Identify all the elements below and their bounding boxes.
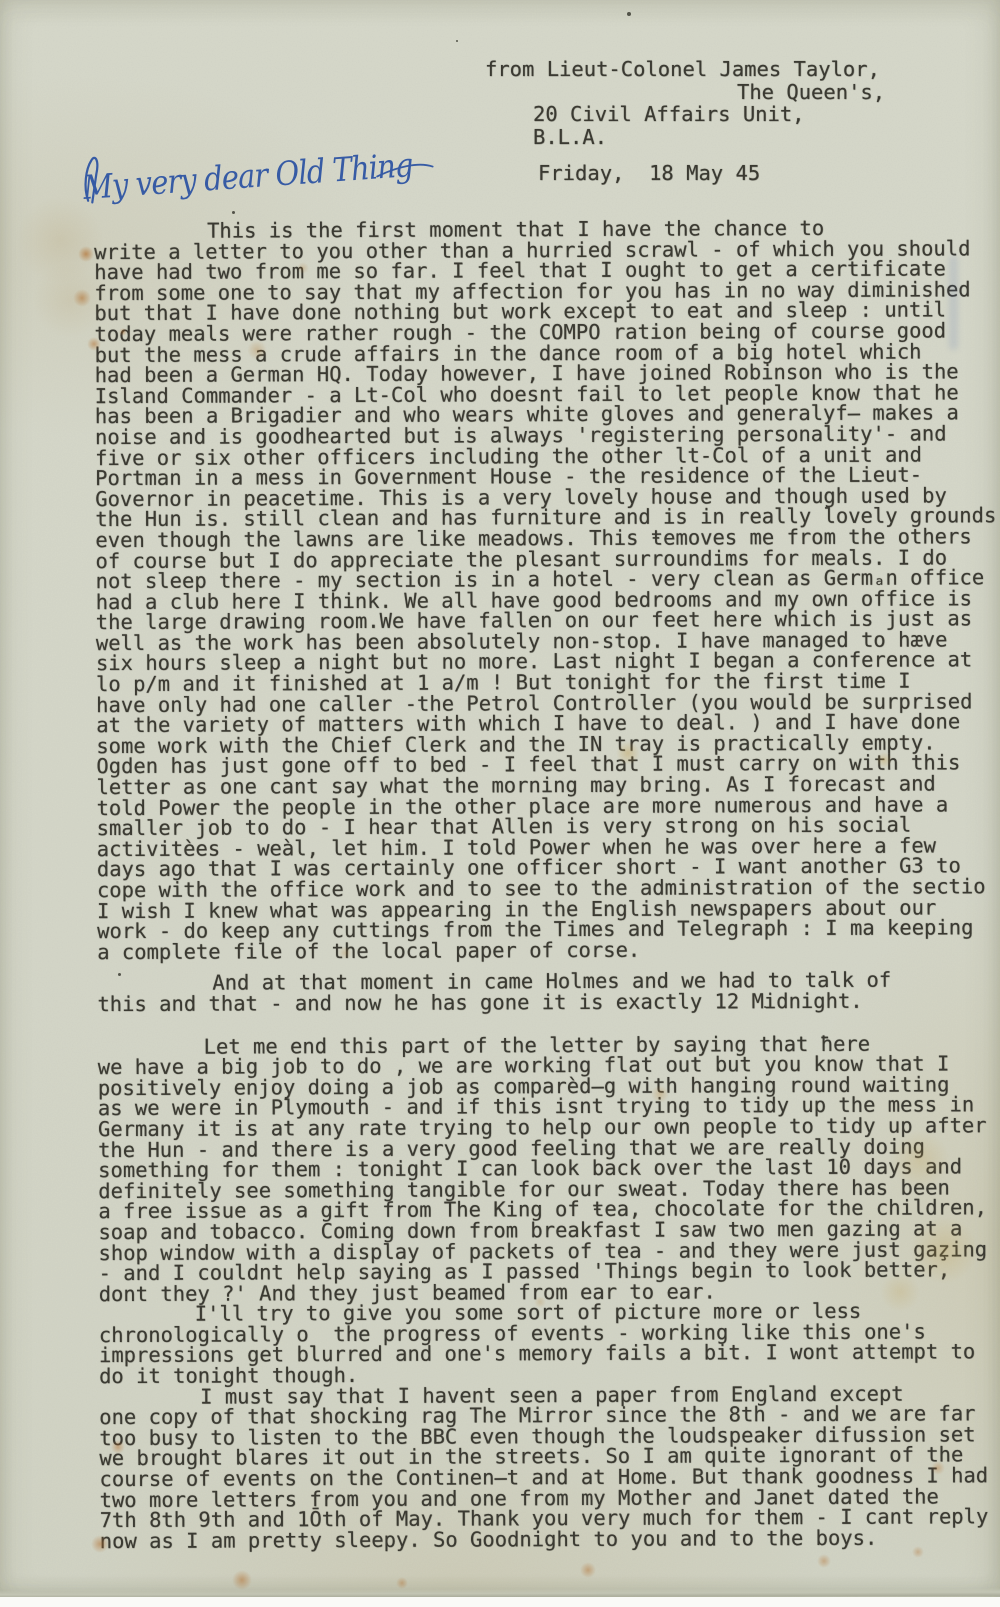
date-line: Friday, 18 May 45 [538,163,760,184]
stain [580,1562,596,1578]
header-line-unit: 20 Civil Affairs Unit, [533,104,805,125]
stain [396,1577,408,1589]
letter-line: this and that - and now he has gone it i… [97,990,1000,1015]
stain [232,1570,252,1590]
letter-paragraph: I must say that I havent seen a paper fr… [5,1383,1000,1552]
header-line-force: B.L.A. [533,127,607,148]
letter-line: impressions get blurred and one's memory… [99,1342,1000,1367]
speck [627,12,631,16]
header-line-from: from Lieut-Colonel James Taylor, [485,59,880,80]
stain [817,1554,831,1568]
letter-line: now as I am pretty sleepy. So Goodnight … [100,1527,1000,1552]
speck [456,40,458,42]
page-bottom-edge [0,1588,1000,1597]
handwritten-greeting-text: My very dear Old Thing [81,145,414,207]
letter-paragraph: I'll try to give you some sort of pictur… [5,1300,1000,1387]
letter-paragraph: Let me end this part of the letter by sa… [4,1033,1000,1305]
header-line-regiment: The Queen's, [737,82,885,103]
letter-paragraph: And at that moment in came Holmes and we… [3,970,1000,1016]
letter-paragraph: This is the first moment that I have the… [0,217,1000,963]
letter-page: My very dear Old Thing from Lieut-Colone… [0,0,1000,1597]
letter-body: This is the first moment that I have the… [0,217,1000,1552]
letter-line: a complete file of the local paper of co… [97,938,1000,963]
